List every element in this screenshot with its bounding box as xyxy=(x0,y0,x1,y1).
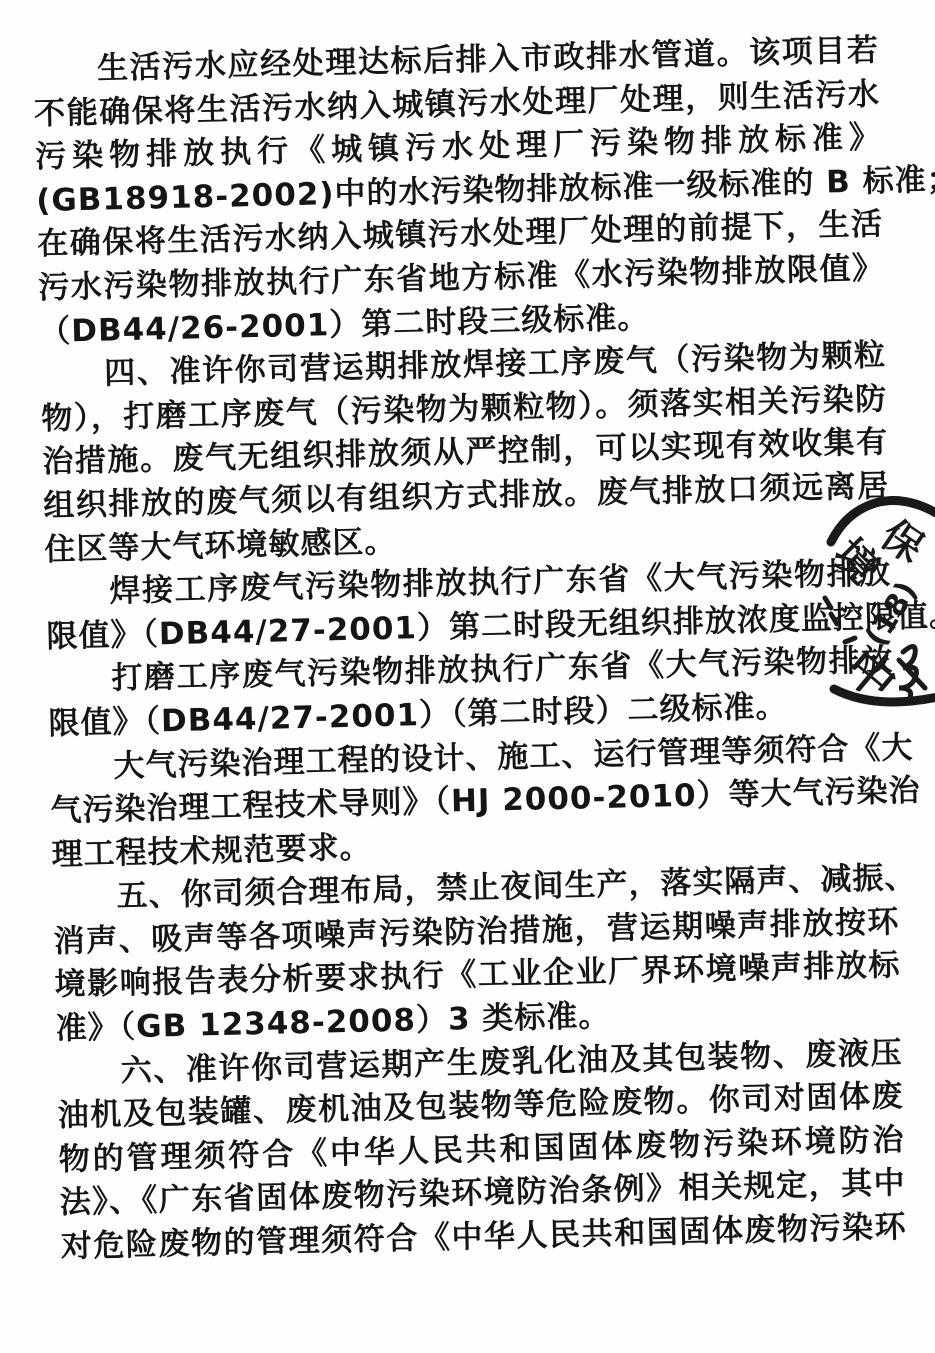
scanned-document-page: 生活污水应经处理达标后排入市政排水管道。该项目若不能确保将生活污水纳入城镇污水处… xyxy=(0,0,935,1353)
document-body: 生活污水应经处理达标后排入市政排水管道。该项目若不能确保将生活污水纳入城镇污水处… xyxy=(33,29,908,1269)
stamp-illegible-glyph xyxy=(899,646,925,700)
